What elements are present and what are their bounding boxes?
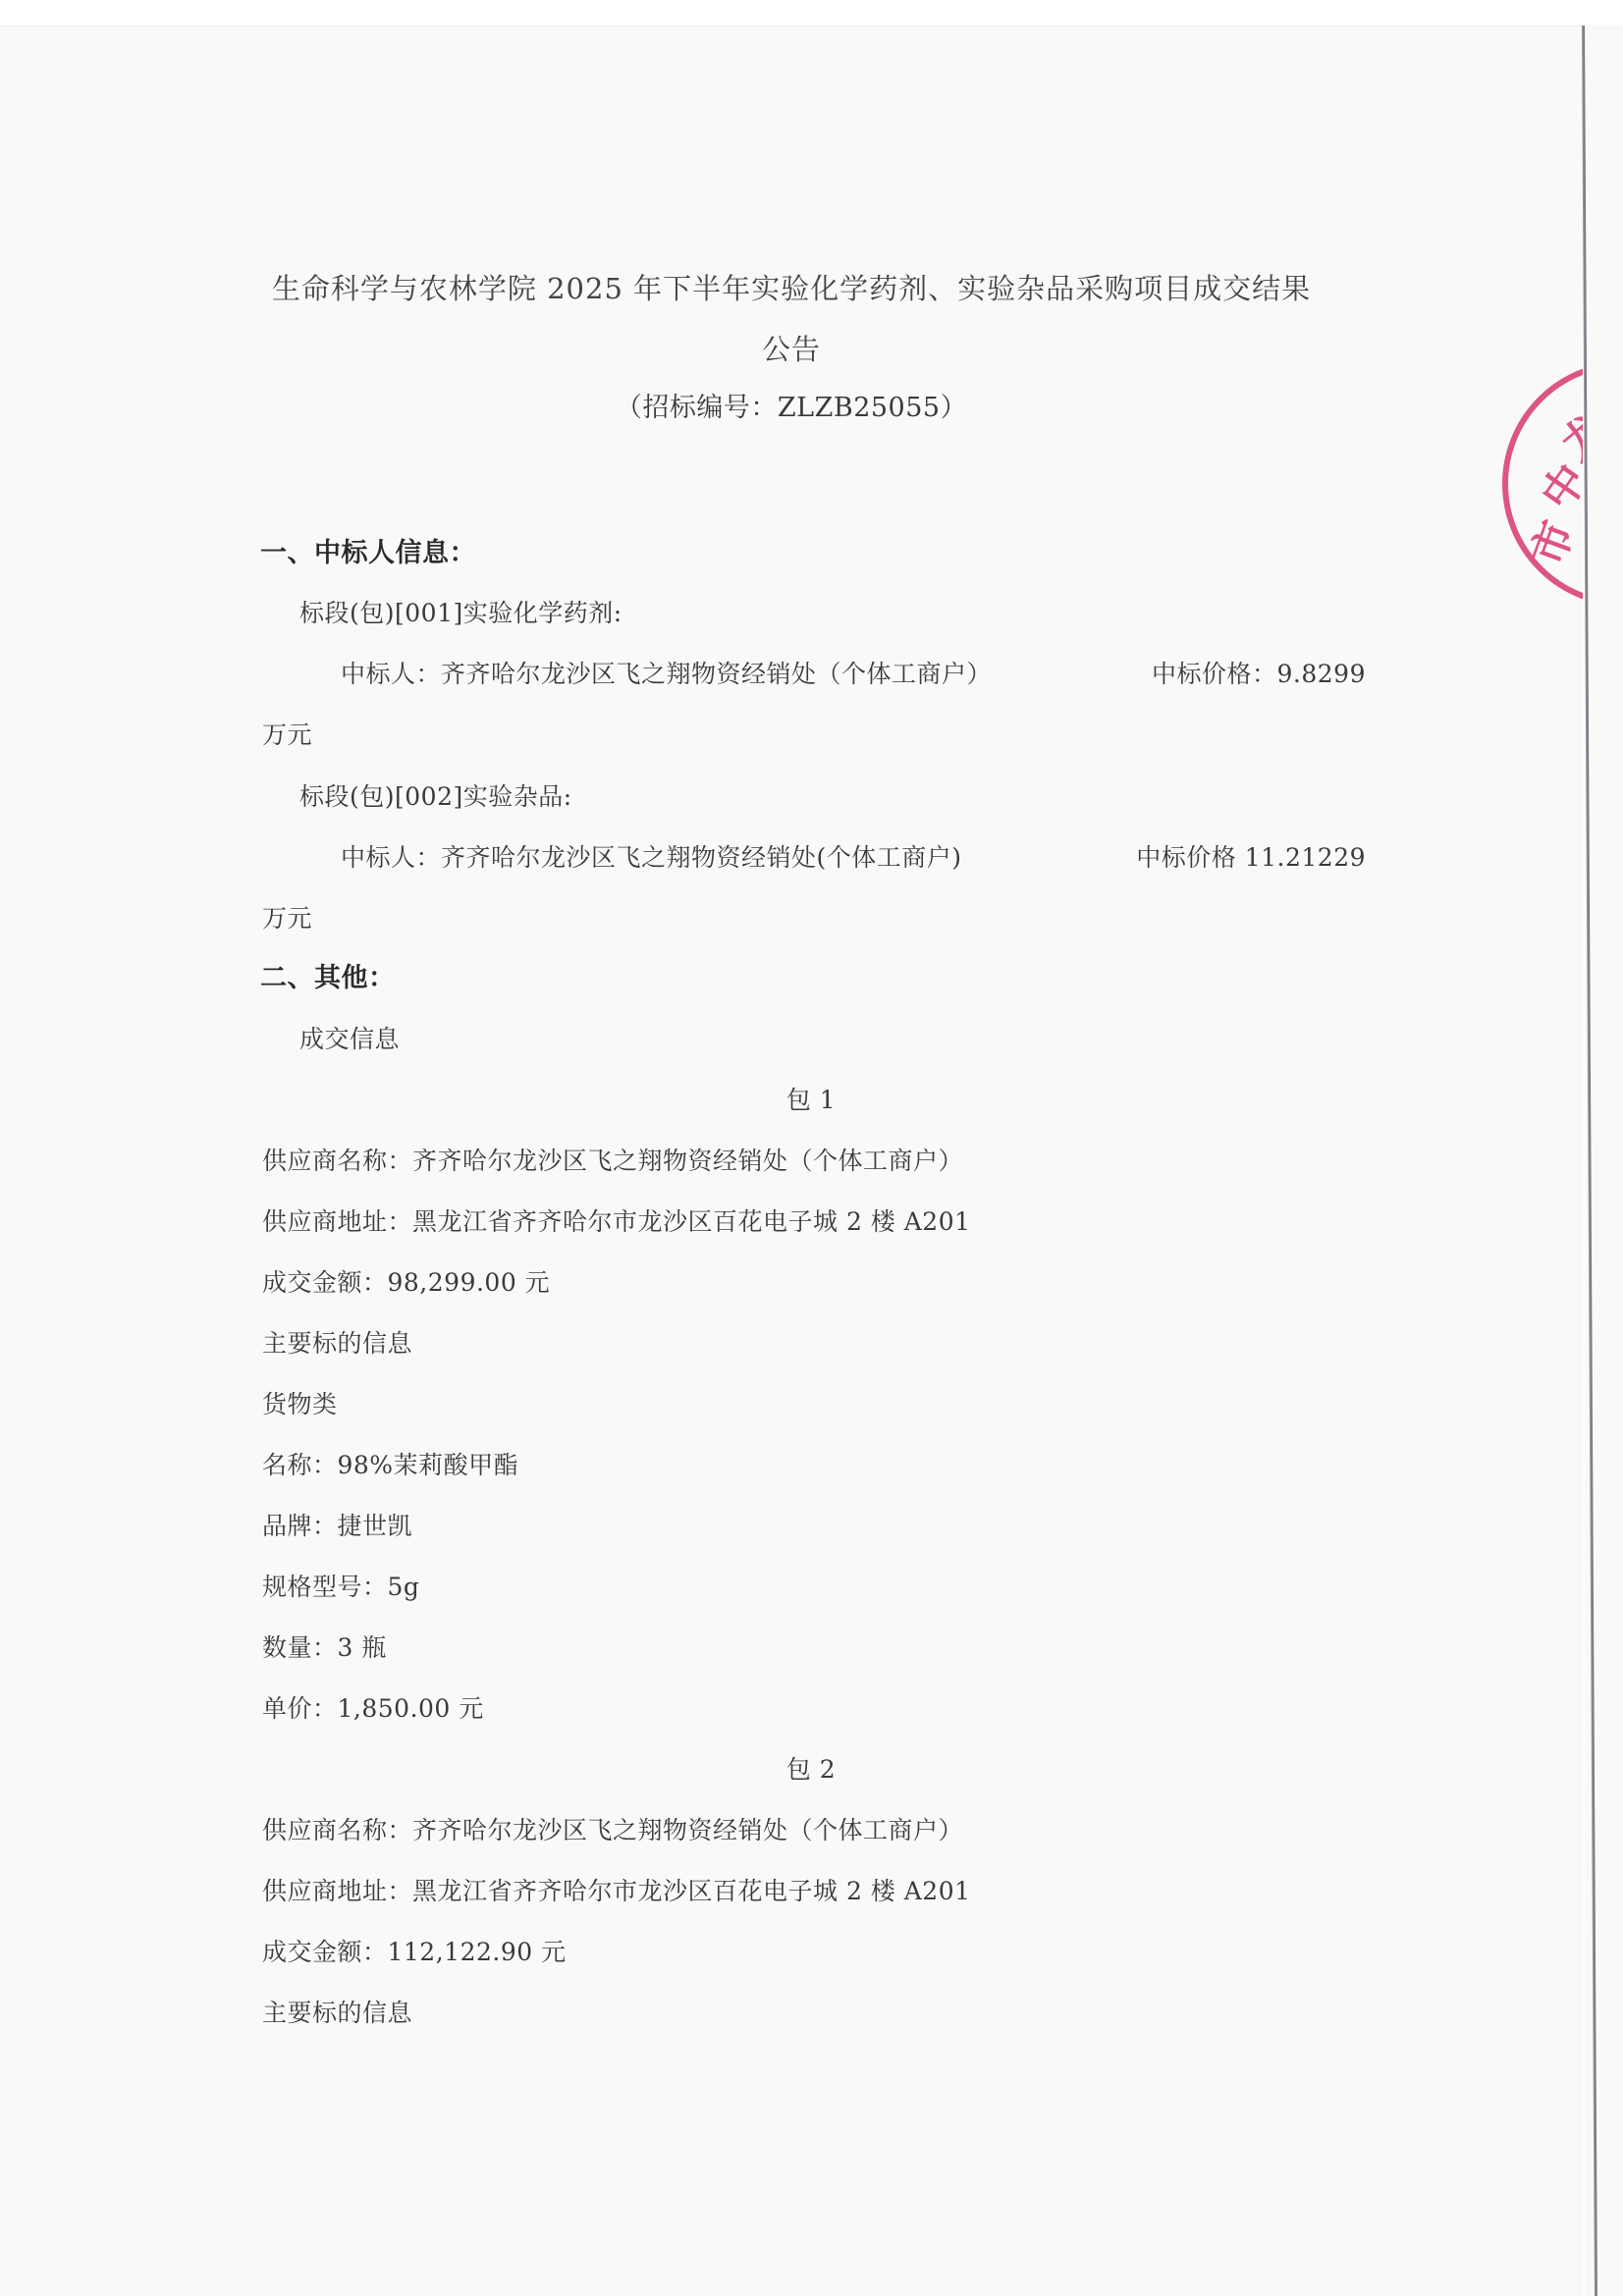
main-subject-label: 主要标的信息 (262, 1328, 412, 1360)
document-title: 生命科学与农林学院 2025 年下半年实验化学药剂、实验杂品采购项目成交结果 (0, 273, 1583, 304)
section-heading-winners: 一、中标人信息： (260, 538, 476, 569)
item-unit-price: 单价：1,850.00 元 (262, 1693, 484, 1725)
package-title: 包 2 (0, 1754, 1583, 1786)
supplier-address: 供应商地址：黑龙江省齐齐哈尔市龙沙区百花电子城 2 楼 A201 (262, 1876, 971, 1907)
document-title-line2: 公告 (0, 334, 1583, 365)
section-heading-other: 二、其他： (260, 963, 396, 994)
item-quantity: 数量：3 瓶 (262, 1632, 387, 1664)
transaction-info-label: 成交信息 (299, 1024, 400, 1055)
bid-number: （招标编号：ZLZB25055） (0, 393, 1583, 424)
supplier-address: 供应商地址：黑龙江省齐齐哈尔市龙沙区百花电子城 2 楼 A201 (262, 1206, 971, 1238)
lot-label: 标段(包)[002]实验杂品: (299, 781, 572, 813)
item-spec: 规格型号：5g (262, 1572, 419, 1603)
lot-label: 标段(包)[001]实验化学药剂: (299, 598, 622, 629)
supplier-name: 供应商名称：齐齐哈尔龙沙区飞之翔物资经销处（个体工商户） (262, 1815, 963, 1846)
lot-price-unit: 万元 (262, 720, 312, 751)
transaction-amount: 成交金额：98,299.00 元 (262, 1267, 550, 1299)
package-title: 包 1 (0, 1085, 1583, 1116)
item-brand: 品牌：捷世凯 (262, 1511, 412, 1542)
goods-category: 货物类 (262, 1389, 338, 1420)
lot-price: 中标价格：9.8299 (1152, 659, 1366, 690)
main-subject-label: 主要标的信息 (262, 1998, 412, 2029)
supplier-name: 供应商名称：齐齐哈尔龙沙区飞之翔物资经销处（个体工商户） (262, 1146, 963, 1177)
lot-price: 中标价格 11.21229 (1136, 842, 1366, 874)
lot-price-unit: 万元 (262, 903, 312, 934)
lot-winner: 中标人：齐齐哈尔龙沙区飞之翔物资经销处（个体工商户） (341, 659, 992, 690)
lot-winner: 中标人：齐齐哈尔龙沙区飞之翔物资经销处(个体工商户) (341, 842, 962, 874)
transaction-amount: 成交金额：112,122.90 元 (262, 1937, 567, 1968)
item-name: 名称：98%茉莉酸甲酯 (262, 1450, 518, 1481)
